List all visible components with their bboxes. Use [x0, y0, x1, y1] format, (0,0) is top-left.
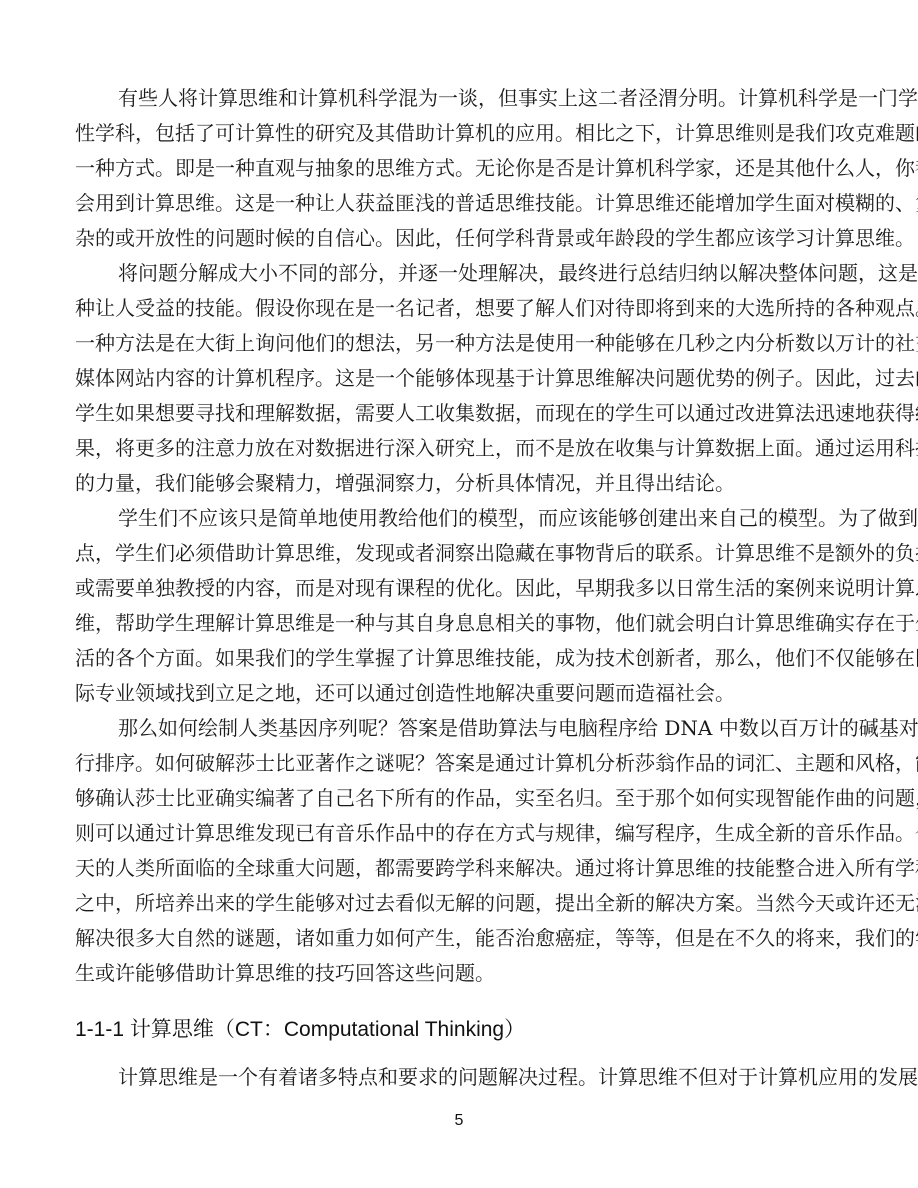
text-line: 会用到计算思维。这是一种让人获益匪浅的普适思维技能。计算思维还能增加学生面对模糊… — [75, 189, 850, 224]
text-line: 行排序。如何破解莎士比亚著作之谜呢？答案是通过计算机分析莎翁作品的词汇、主题和风… — [75, 749, 850, 784]
text-line: 果，将更多的注意力放在对数据进行深入研究上，而不是放在收集与计算数据上面。通过运… — [75, 434, 850, 469]
text-line: 种让人受益的技能。假设你现在是一名记者，想要了解人们对待即将到来的大选所持的各种… — [75, 294, 850, 329]
text-line: 杂的或开放性的问题时候的自信心。因此，任何学科背景或年龄段的学生都应该学习计算思… — [75, 224, 850, 259]
paragraph-4: 那么如何绘制人类基因序列呢？答案是借助算法与电脑程序给 DNA 中数以百万计的碱… — [75, 714, 850, 994]
text-line: 媒体网站内容的计算机程序。这是一个能够体现基于计算思维解决问题优势的例子。因此，… — [75, 364, 850, 399]
text-line: 则可以通过计算思维发现已有音乐作品中的存在方式与规律，编写程序，生成全新的音乐作… — [75, 819, 850, 854]
body-text: 有些人将计算思维和计算机科学混为一谈，但事实上这二者泾渭分明。计算机科学是一门学… — [75, 84, 850, 994]
text-line: 的力量，我们能够会聚精力，增强洞察力，分析具体情况，并且得出结论。 — [75, 469, 850, 504]
text-line: 活的各个方面。如果我们的学生掌握了计算思维技能，成为技术创新者，那么，他们不仅能… — [75, 644, 850, 679]
paragraph-3: 学生们不应该只是简单地使用教给他们的模型，而应该能够创建出来自己的模型。为了做到… — [75, 504, 850, 714]
text-line: 维，帮助学生理解计算思维是一种与其自身息息相关的事物，他们就会明白计算思维确实存… — [75, 609, 850, 644]
text-line: 天的人类所面临的全球重大问题，都需要跨学科来解决。通过将计算思维的技能整合进入所… — [75, 854, 850, 889]
text-line: 一种方式。即是一种直观与抽象的思维方式。无论你是否是计算机科学家，还是其他什么人… — [75, 154, 850, 189]
text-line: 或需要单独教授的内容，而是对现有课程的优化。因此，早期我多以日常生活的案例来说明… — [75, 574, 850, 609]
text-line: 学生如果想要寻找和理解数据，需要人工收集数据，而现在的学生可以通过改进算法迅速地… — [75, 399, 850, 434]
page-number: 5 — [0, 1112, 918, 1130]
paragraph-1: 有些人将计算思维和计算机科学混为一谈，但事实上这二者泾渭分明。计算机科学是一门学… — [75, 84, 850, 259]
paragraph-2: 将问题分解成大小不同的部分，并逐一处理解决，最终进行总结归纳以解决整体问题，这是… — [75, 259, 850, 504]
section-heading: 1-1-1 计算思维（CT：Computational Thinking） — [75, 1016, 525, 1044]
text-line: 学生们不应该只是简单地使用教给他们的模型，而应该能够创建出来自己的模型。为了做到… — [75, 504, 850, 539]
text-line: 一种方法是在大街上询问他们的想法，另一种方法是使用一种能够在几秒之内分析数以万计… — [75, 329, 850, 364]
text-line: 够确认莎士比亚确实编著了自己名下所有的作品，实至名归。至于那个如何实现智能作曲的… — [75, 784, 850, 819]
document-page: 有些人将计算思维和计算机科学混为一谈，但事实上这二者泾渭分明。计算机科学是一门学… — [0, 0, 918, 1188]
text-line: 将问题分解成大小不同的部分，并逐一处理解决，最终进行总结归纳以解决整体问题，这是… — [75, 259, 850, 294]
text-line: 生或许能够借助计算思维的技巧回答这些问题。 — [75, 959, 850, 994]
text-line: 有些人将计算思维和计算机科学混为一谈，但事实上这二者泾渭分明。计算机科学是一门学… — [75, 84, 850, 119]
text-line: 那么如何绘制人类基因序列呢？答案是借助算法与电脑程序给 DNA 中数以百万计的碱… — [75, 714, 850, 749]
paragraph-5: 计算思维是一个有着诸多特点和要求的问题解决过程。计算思维不但对于计算机应用的发展… — [75, 1063, 850, 1098]
text-line: 点，学生们必须借助计算思维，发现或者洞察出隐藏在事物背后的联系。计算思维不是额外… — [75, 539, 850, 574]
text-line: 解决很多大自然的谜题，诸如重力如何产生，能否治愈癌症，等等，但是在不久的将来，我… — [75, 924, 850, 959]
text-line: 计算思维是一个有着诸多特点和要求的问题解决过程。计算思维不但对于计算机应用的发展… — [75, 1063, 850, 1098]
text-line: 性学科，包括了可计算性的研究及其借助计算机的应用。相比之下，计算思维则是我们攻克… — [75, 119, 850, 154]
text-line: 之中，所培养出来的学生能够对过去看似无解的问题，提出全新的解决方案。当然今天或许… — [75, 889, 850, 924]
text-line: 际专业领域找到立足之地，还可以通过创造性地解决重要问题而造福社会。 — [75, 679, 850, 714]
